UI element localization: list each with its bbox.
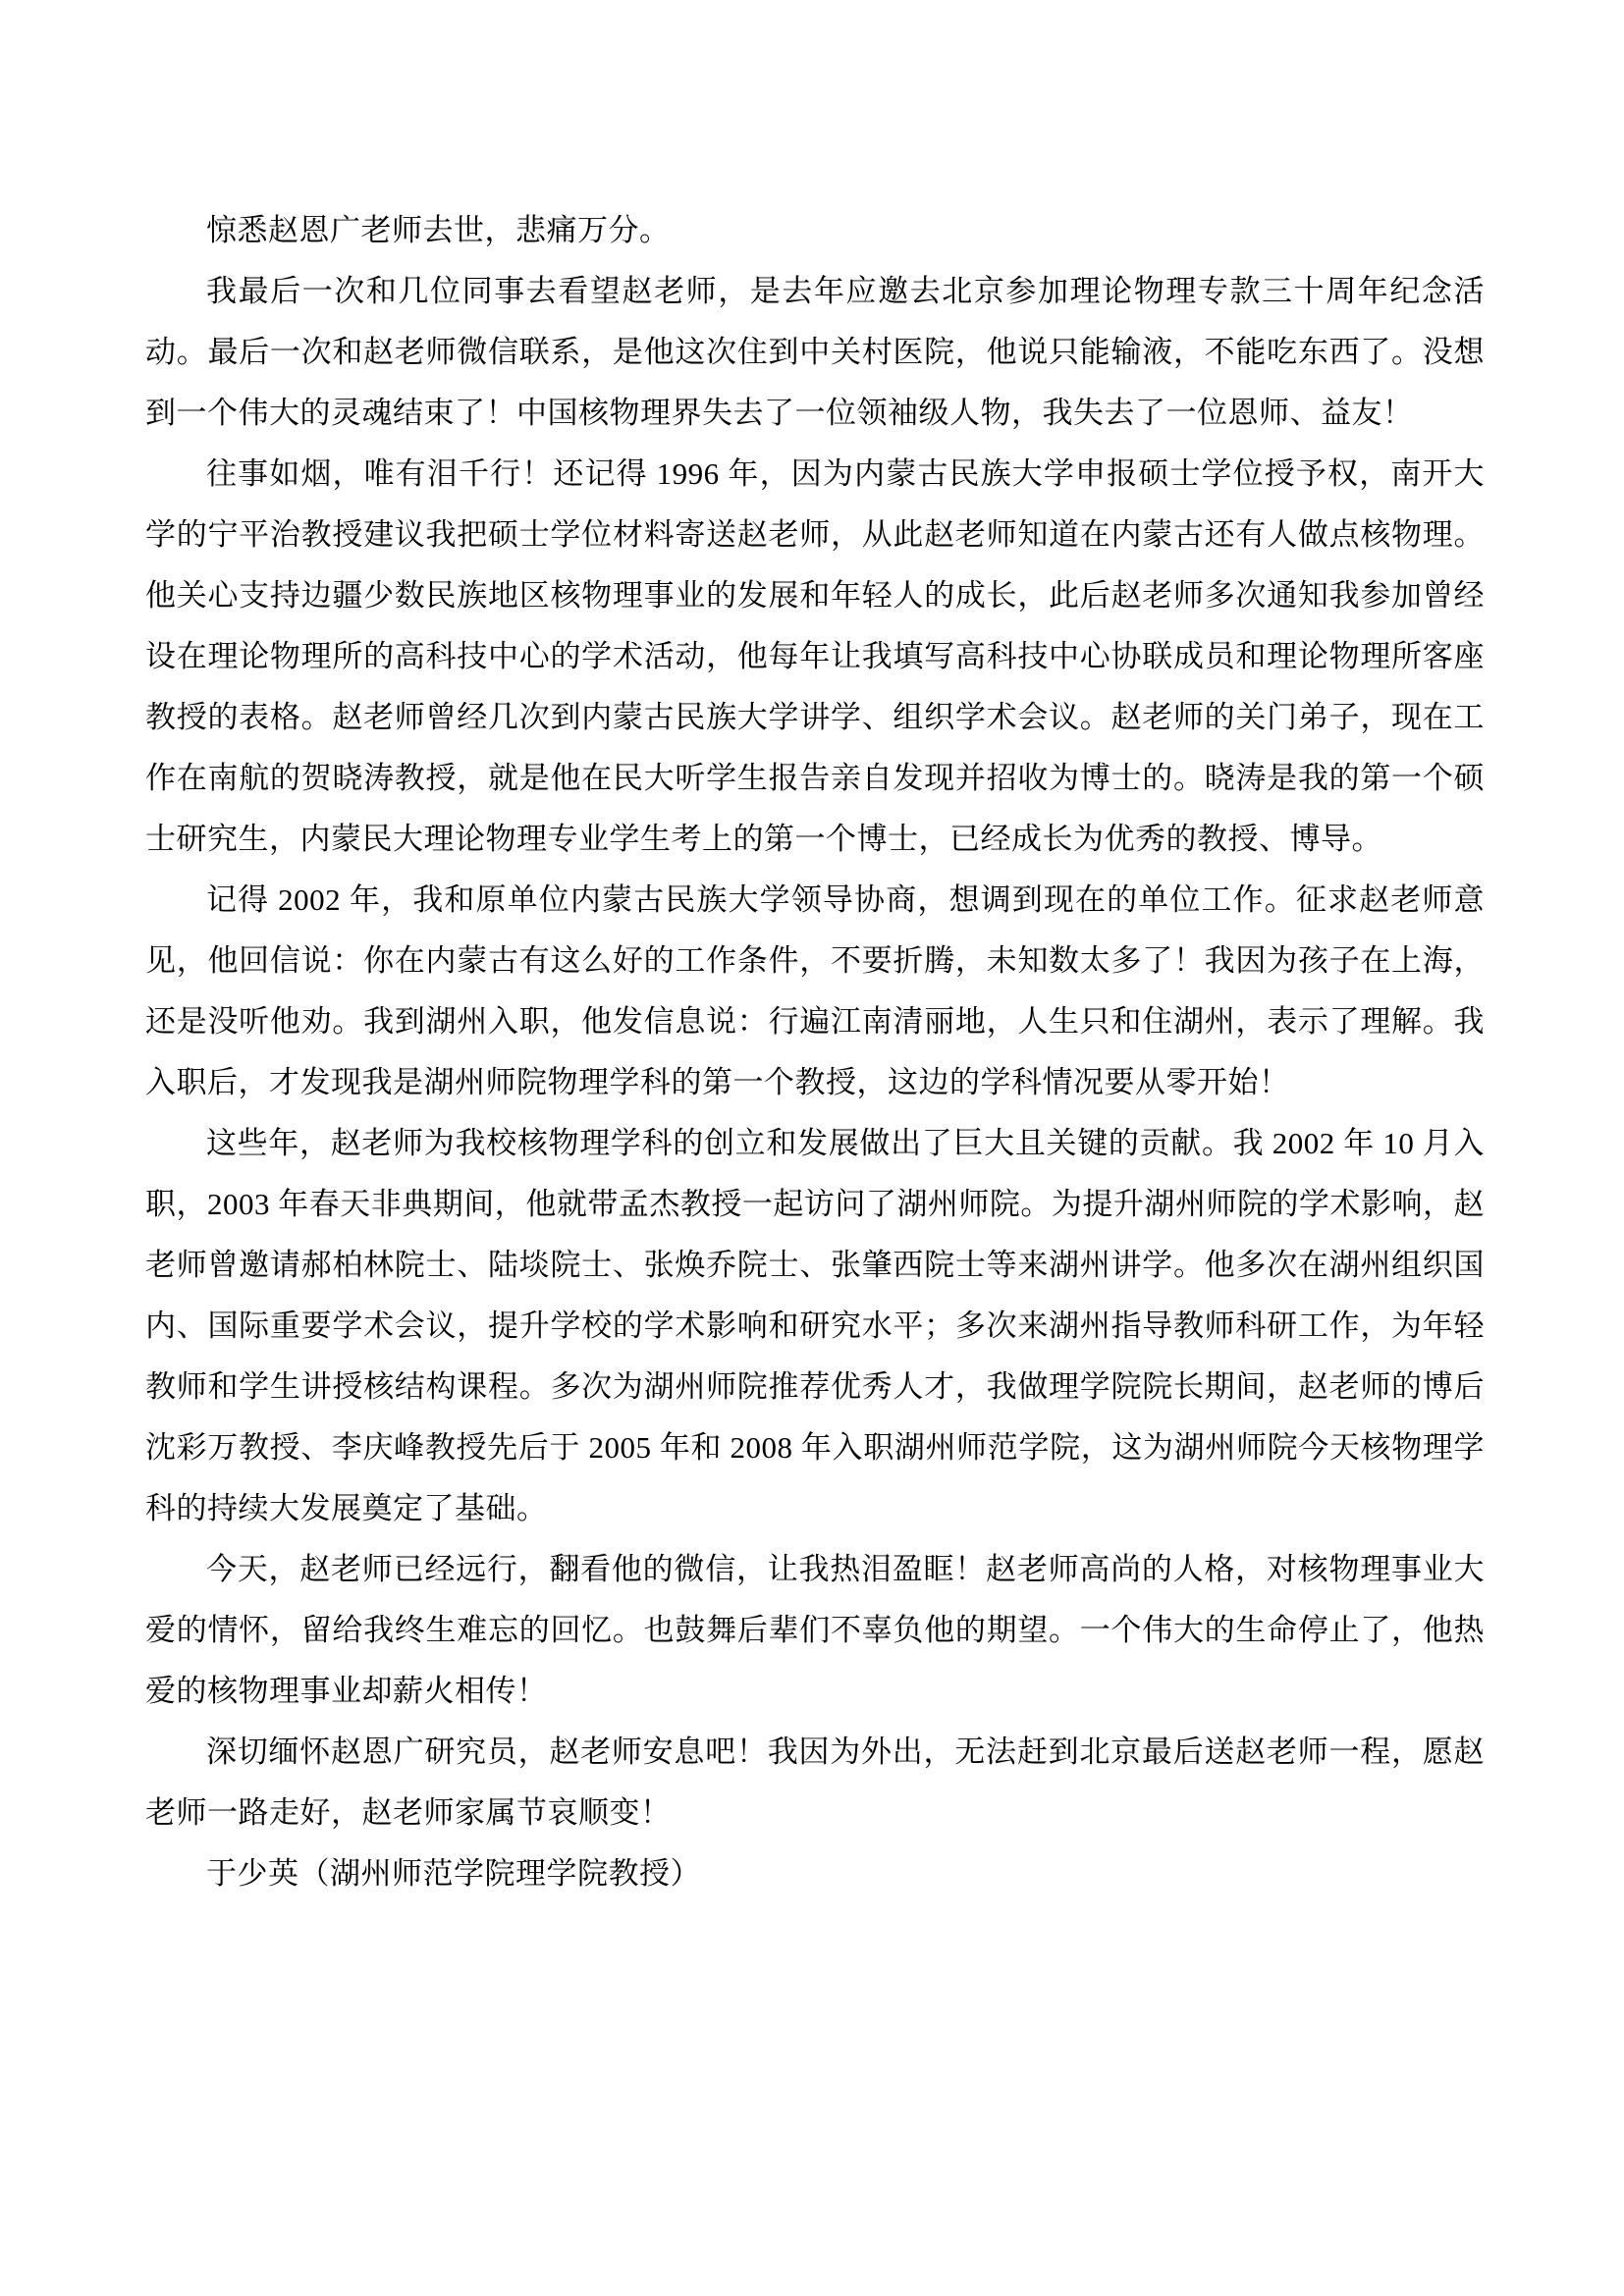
paragraph-farewell-feelings: 今天，赵老师已经远行，翻看他的微信，让我热泪盈眶！赵老师高尚的人格，对核物理事业… xyxy=(145,1539,1485,1722)
letter-body: 惊悉赵恩广老师去世，悲痛万分。 我最后一次和几位同事去看望赵老师，是去年应邀去北… xyxy=(145,200,1485,1904)
paragraph-last-visit: 我最后一次和几位同事去看望赵老师，是去年应邀去北京参加理论物理专款三十周年纪念活… xyxy=(145,261,1485,444)
document-page: 惊悉赵恩广老师去世，悲痛万分。 我最后一次和几位同事去看望赵老师，是去年应邀去北… xyxy=(0,0,1624,2296)
paragraph-memories-1996: 往事如烟，唯有泪千行！还记得 1996 年，因为内蒙古民族大学申报硕士学位授予权… xyxy=(145,444,1485,870)
paragraph-contributions: 这些年，赵老师为我校核物理学科的创立和发展做出了巨大且关键的贡献。我 2002 … xyxy=(145,1113,1485,1539)
signature-line: 于少英（湖州师范学院理学院教授） xyxy=(145,1843,1485,1904)
paragraph-opening: 惊悉赵恩广老师去世，悲痛万分。 xyxy=(145,200,1485,261)
paragraph-job-change-2002: 记得 2002 年，我和原单位内蒙古民族大学领导协商，想调到现在的单位工作。征求… xyxy=(145,870,1485,1113)
paragraph-condolence: 深切缅怀赵恩广研究员，赵老师安息吧！我因为外出，无法赶到北京最后送赵老师一程，愿… xyxy=(145,1722,1485,1843)
